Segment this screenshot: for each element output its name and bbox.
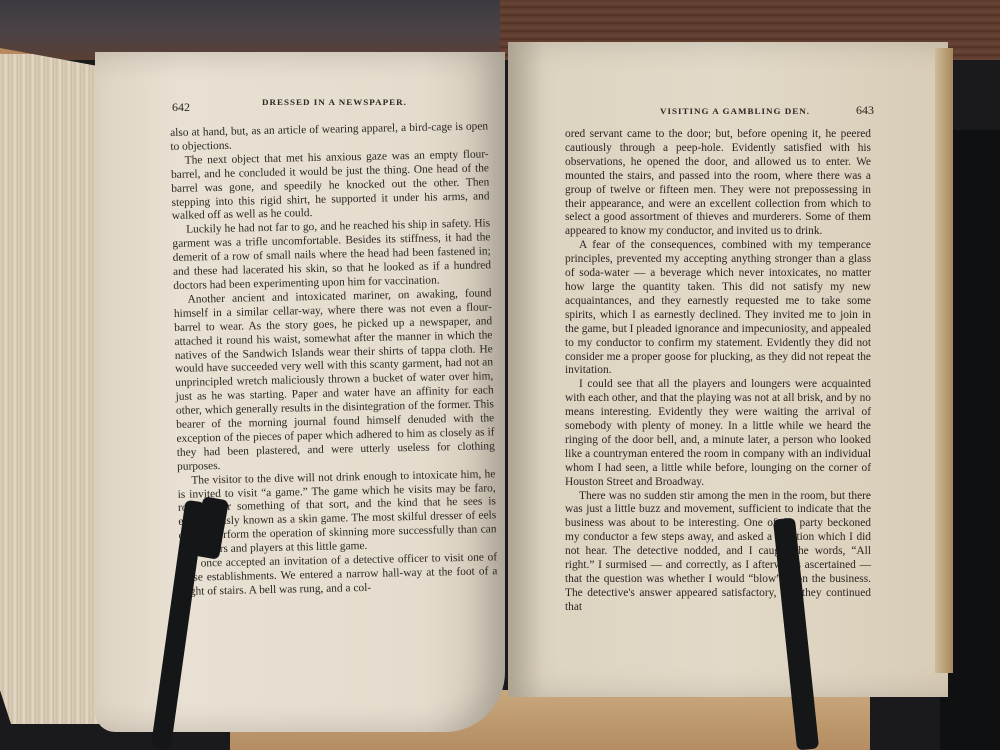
paragraph: There was no sudden stir among the men i… [565,490,871,615]
paragraph: ored servant came to the door; but, befo… [565,128,871,239]
left-page-number: 642 [172,100,190,115]
paragraph: I once accepted an invitation of a detec… [179,551,498,599]
paragraph: The next object that met his anxious gaz… [171,148,490,224]
book-right-edge [935,48,953,673]
paragraph: A fear of the consequences, combined wit… [565,239,871,378]
right-page-text: ored servant came to the door; but, befo… [565,128,871,615]
left-running-head: DRESSED IN A NEWSPAPER. [262,97,407,107]
book-page-edges [0,48,110,724]
paragraph: I could see that all the players and lou… [565,378,871,489]
right-running-head: VISITING A GAMBLING DEN. [660,106,810,116]
paragraph: Luckily he had not far to go, and he rea… [172,218,491,294]
paragraph: Another ancient and intoxicated mariner,… [173,287,495,474]
right-page-number: 643 [856,103,874,118]
